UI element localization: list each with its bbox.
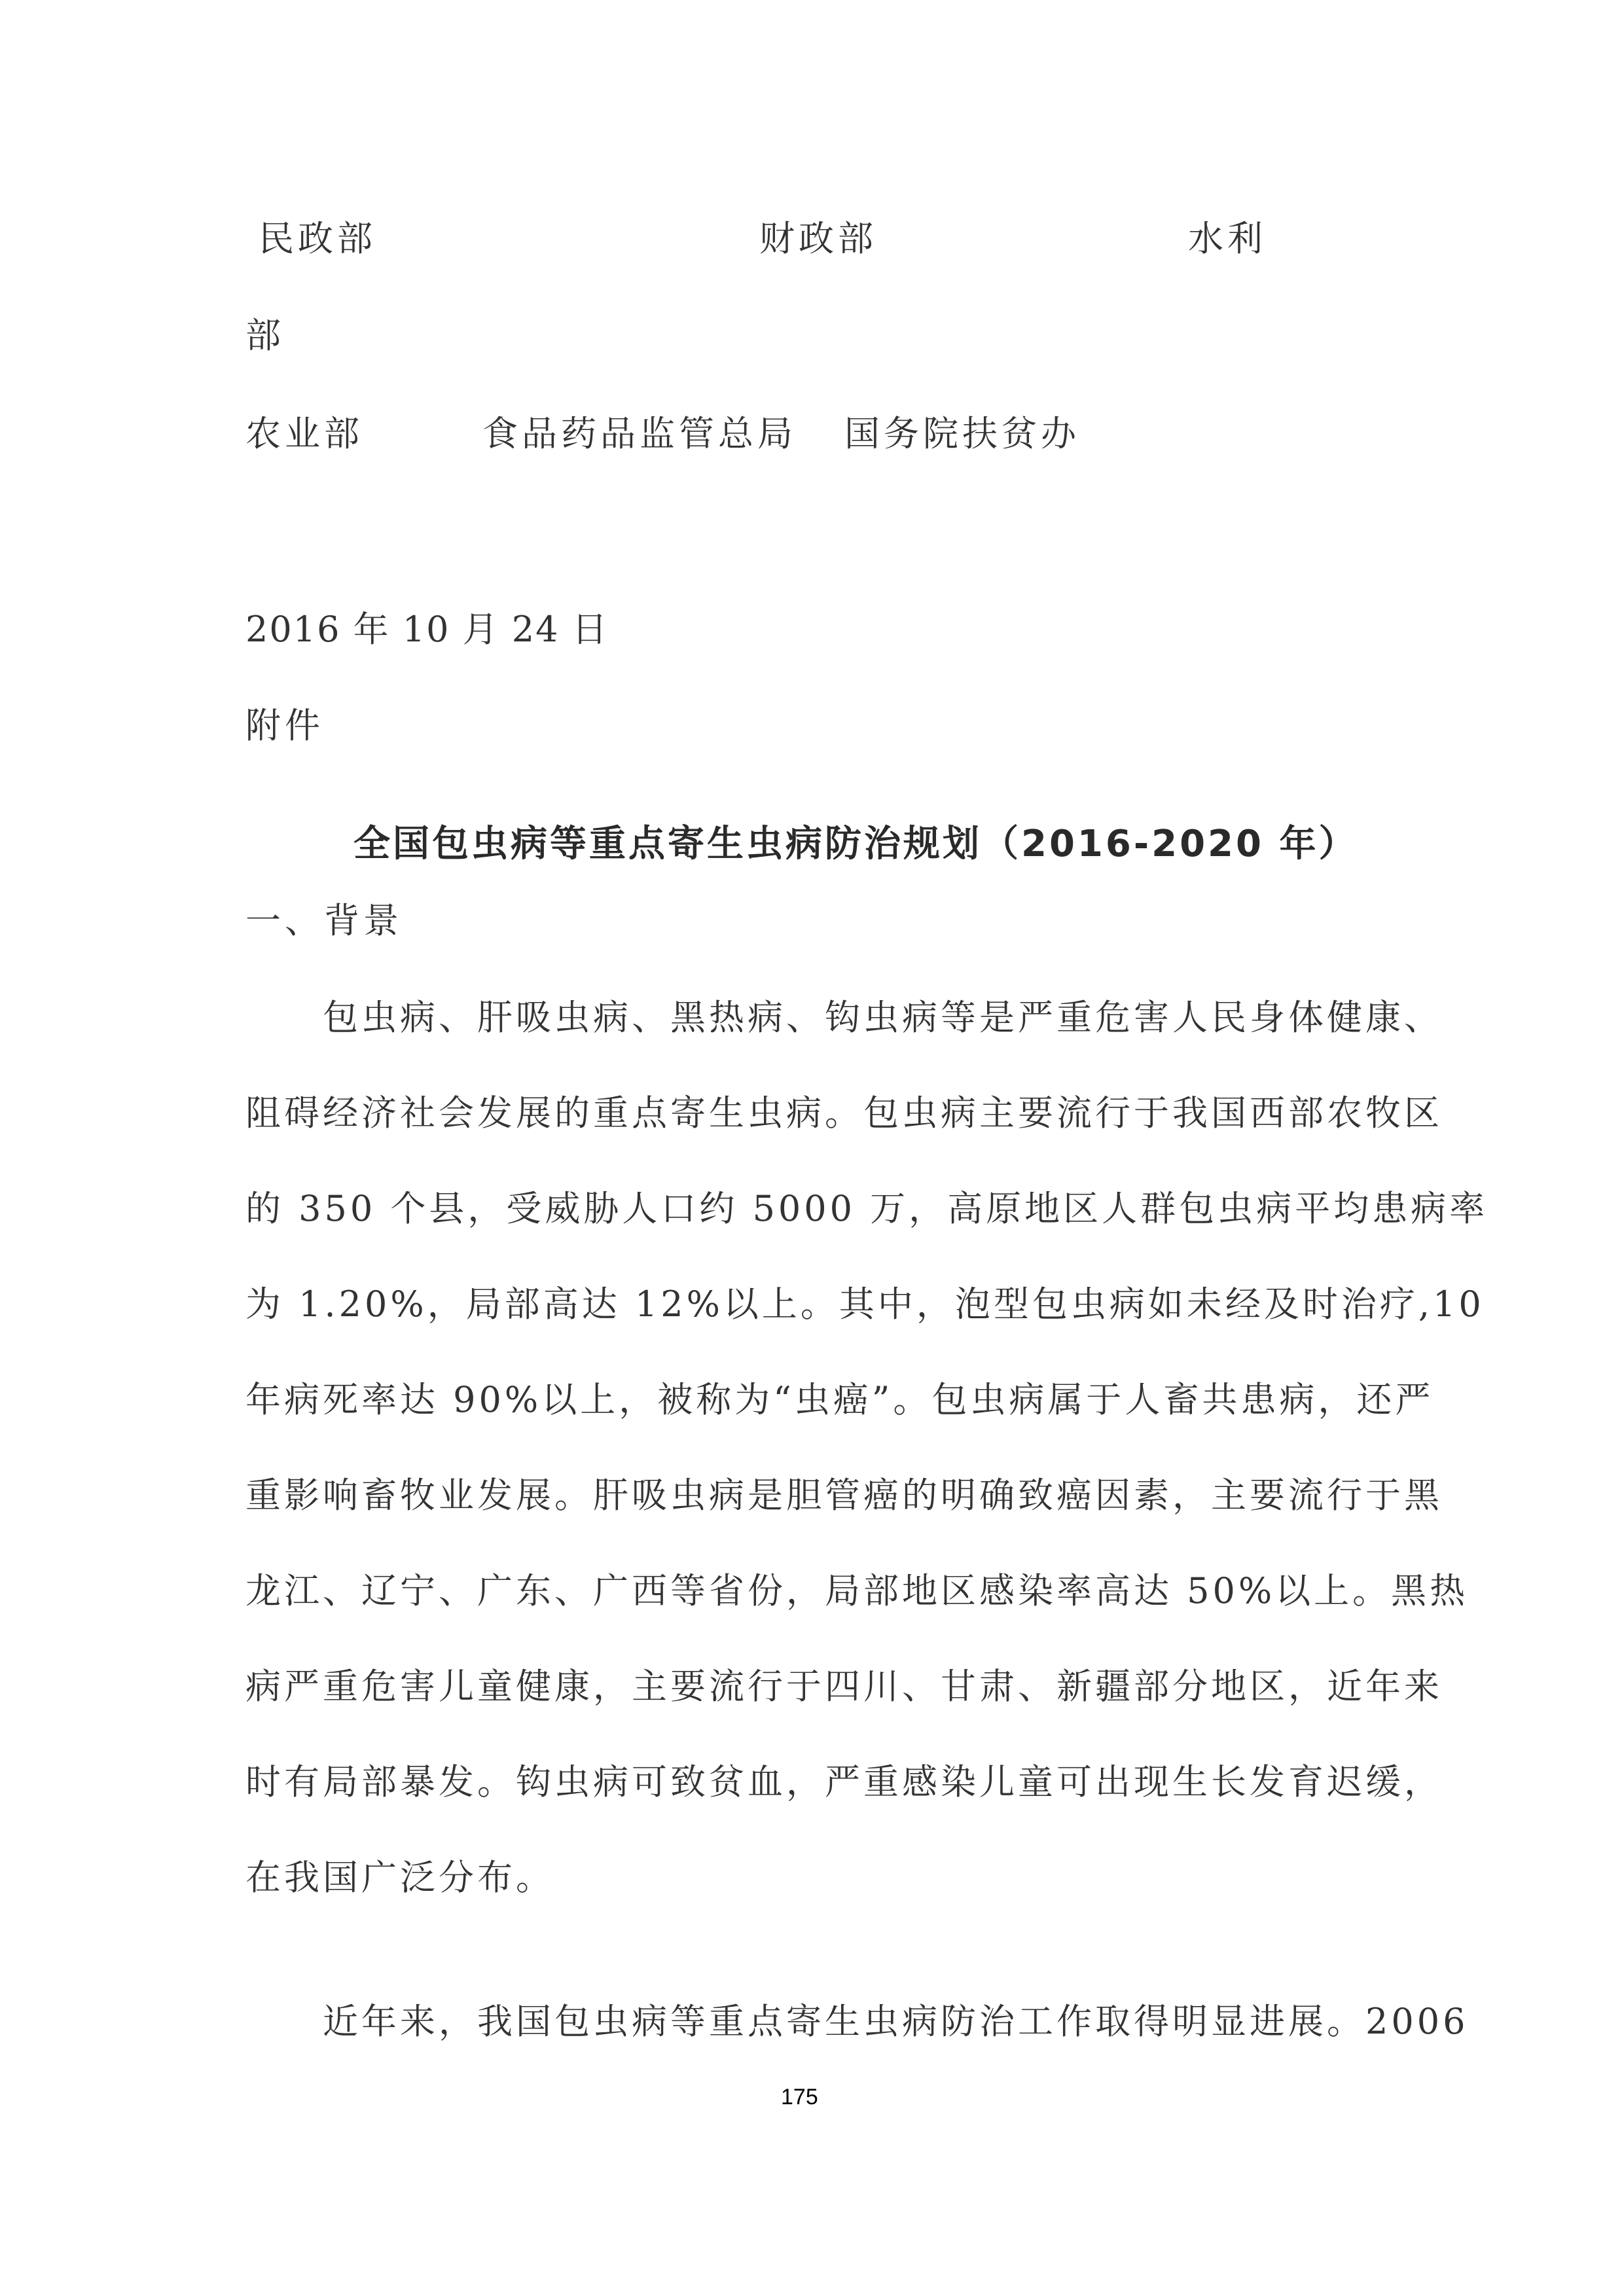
document-title: 全国包虫病等重点寄生虫病防治规划（2016-2020 年） [353,815,1358,867]
paragraph-line: 为 1.20%，局部高达 12%以上。其中，泡型包虫病如未经及时治疗,10 [245,1287,1485,1322]
document-date: 2016 年 10 月 24 日 [245,612,609,647]
signatory-civil-affairs: 民政部 [259,221,376,257]
signatory-poverty-office: 国务院扶贫办 [844,416,1080,452]
signatory-food-drug: 食品药品监管总局 [482,416,797,452]
section-heading: 一、背景 [245,903,403,939]
page-number: 175 [781,2085,818,2110]
signatory-wrap: 部 [245,318,285,353]
paragraph-line: 时有局部暴发。钩虫病可致贫血，严重感染儿童可出现生长发育迟缓， [245,1765,1443,1800]
paragraph-line: 在我国广泛分布。 [245,1860,554,1895]
attachment-label: 附件 [245,708,324,744]
paragraph-line: 近年来，我国包虫病等重点寄生虫病防治工作取得明显进展。2006 [245,2004,1468,2039]
signatory-finance: 财政部 [759,221,877,257]
paragraph-line: 重影响畜牧业发展。肝吸虫病是胆管癌的明确致癌因素，主要流行于黑 [245,1478,1443,1513]
paragraph-line: 包虫病、肝吸虫病、黑热病、钩虫病等是严重危害人民身体健康、 [245,1000,1443,1035]
paragraph-line: 的 350 个县，受威胁人口约 5000 万，高原地区人群包虫病平均患病率 [245,1191,1488,1227]
paragraph-line: 龙江、辽宁、广东、广西等省份，局部地区感染率高达 50%以上。黑热 [245,1573,1468,1609]
signatory-water-resources: 水利 [1188,221,1267,257]
paragraph-line: 年病死率达 90%以上，被称为“虫癌”。包虫病属于人畜共患病，还严 [245,1382,1434,1418]
signatory-agriculture: 农业部 [245,416,363,452]
paragraph-line: 病严重危害儿童健康，主要流行于四川、甘肃、新疆部分地区，近年来 [245,1669,1443,1704]
paragraph-line: 阻碍经济社会发展的重点寄生虫病。包虫病主要流行于我国西部农牧区 [245,1096,1443,1131]
